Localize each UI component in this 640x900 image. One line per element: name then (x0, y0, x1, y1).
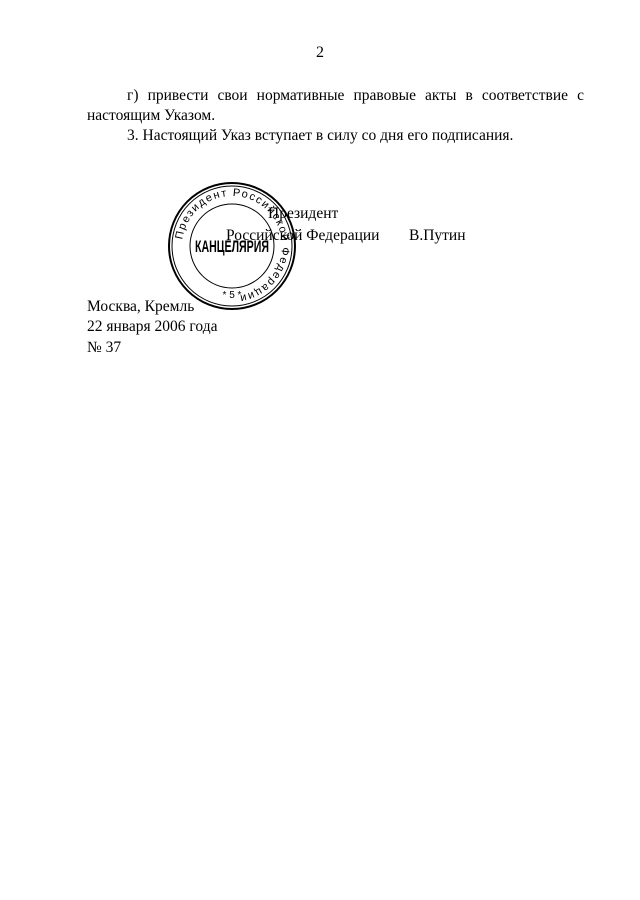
date: 22 января 2006 года (87, 318, 217, 336)
signer-name: В.Путин (409, 227, 466, 245)
signature-title-line1: Президент (268, 205, 338, 223)
paragraph-item-g-line2: настоящим Указом. (87, 106, 215, 126)
place: Москва, Кремль (87, 298, 194, 316)
document-number: № 37 (87, 339, 121, 357)
official-stamp: Президент Российской Федерации * 5 * КАН… (166, 180, 298, 312)
paragraph-item-3: 3. Настоящий Указ вступает в силу со дня… (127, 126, 513, 146)
page-number: 2 (0, 44, 640, 62)
stamp-seal-icon: Президент Российской Федерации * 5 * КАН… (166, 180, 298, 312)
signature-title-line2: Российской Федерации (226, 227, 379, 245)
stamp-bottom-text: * 5 * (223, 290, 242, 301)
